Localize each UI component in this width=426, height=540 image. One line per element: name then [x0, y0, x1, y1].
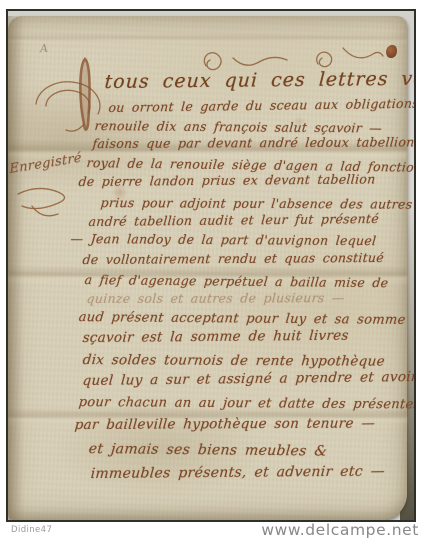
handwriting-line: renouile dix ans françois salut sçavoir … — [94, 118, 383, 135]
parchment-sheet: A tous ceux qui ces lettres verront ou o… — [8, 16, 407, 520]
handwriting-line: pour chacun an au jour et datte des prés… — [78, 395, 416, 412]
handwriting-line: sçavoir est la somme de huit livres — [82, 328, 349, 346]
handwriting-line: aud présent acceptant pour luy et sa som… — [78, 310, 406, 328]
edge-shading — [8, 16, 24, 520]
scan-frame: A tous ceux qui ces lettres verront ou o… — [6, 9, 416, 522]
margin-paraph-flourish-icon — [12, 184, 82, 224]
handwriting-line: ou orront le garde du sceau aux obligati… — [108, 95, 416, 115]
handwriting-line: de vollontairement rendu et quas constit… — [82, 250, 385, 267]
handwriting-line: dix soldes tournois de rente hypothèque — [82, 352, 386, 370]
handwriting-line: immeubles présents, et advenir etc — — [90, 463, 386, 482]
handwriting-line: et jamais ses biens meubles & — [88, 441, 328, 459]
handwriting-line: par bailleville hypothèque son tenure — — [74, 415, 376, 433]
site-watermark: www.delcampe.net — [261, 521, 419, 539]
handwriting-line: prius pour adjoint pour l'absence des au… — [100, 195, 416, 212]
handwriting-line: de pierre landon prius ex devant tabelli… — [78, 171, 376, 189]
handwriting-line: quinze sols et autres de plusieurs — — [86, 290, 345, 306]
handwriting-line: a fief d'agenage perpétuel a bailla mise… — [84, 272, 389, 290]
listing-photo-page: A tous ceux qui ces lettres verront ou o… — [0, 0, 426, 540]
handwriting-line: quel luy a sur et assigné a prendre et a… — [82, 369, 416, 389]
seller-watermark: Didine47 — [11, 525, 52, 535]
handwriting-line: faisons que par devant andré ledoux tabe… — [92, 134, 415, 151]
handwriting-line: — Jean landoy de la part d'auvignon lequ… — [70, 231, 377, 248]
manuscript-heading: tous ceux qui ces lettres verront — [104, 67, 416, 93]
handwriting-line: andré tabellion audit et leur fut présen… — [88, 211, 380, 229]
